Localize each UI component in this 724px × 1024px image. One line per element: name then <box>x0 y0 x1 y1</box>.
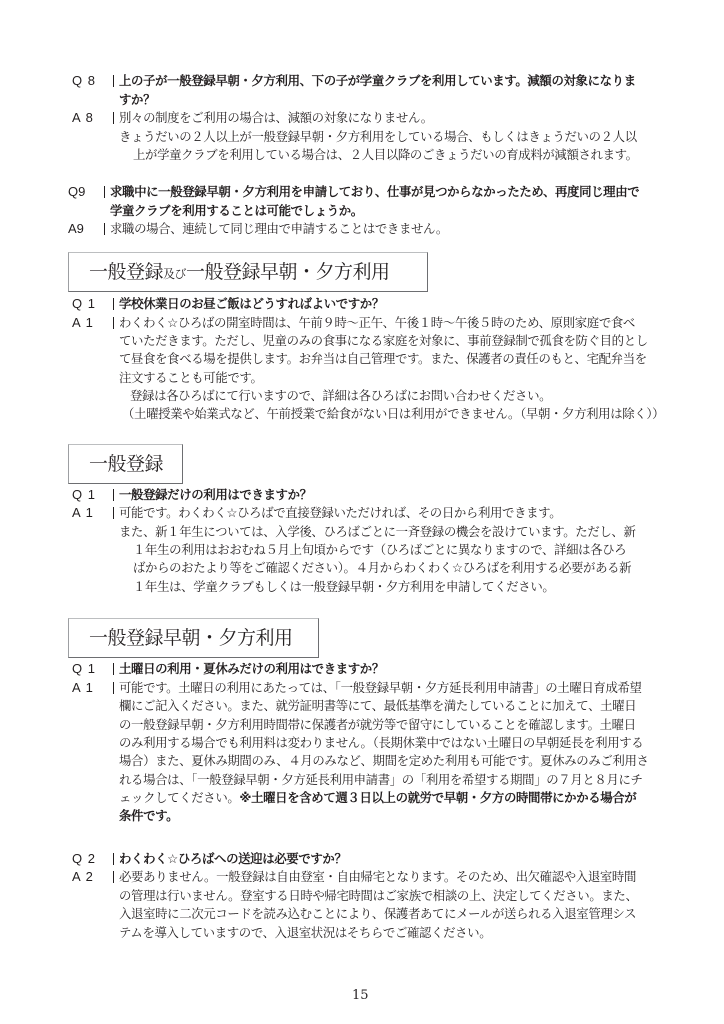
question-text: 学童クラブを利用することは可能でしょうか。 <box>110 203 363 219</box>
answer-text: 上が学童クラブを利用している場合は、２人目以降のごきょうだいの育成料が減額されま… <box>133 147 638 163</box>
answer-label: A 8 <box>72 110 94 126</box>
answer-text: わくわく☆ひろばの開室時間は、午前９時～正午、午後１時～午後５時のため、原則家庭… <box>119 315 635 331</box>
answer-text: 可能です。わくわく☆ひろばで直接登録いただければ、その日から利用できます。 <box>119 505 561 521</box>
separator-bar <box>113 682 114 694</box>
answer-text: ェックしてください。※土曜日を含めて週３日以上の就労で早朝・夕方の時間帯にかかる… <box>119 790 636 806</box>
answer-text: テムを導入していますので、入退室状況はそちらでご確認ください。 <box>119 925 491 941</box>
separator-bar <box>113 317 114 329</box>
answer-text: のみ利用する場合でも利用料は変わりません。（長期休業中ではない土曜日の早朝延長を… <box>119 735 643 751</box>
question-label: Q9 <box>68 184 85 200</box>
answer-text: 必要ありません。一般登録は自由登室・自由帰宅となります。そのため、出欠確認や入退… <box>119 869 636 885</box>
section-title: 一般登録及び一般登録早朝・夕方利用 <box>89 259 390 287</box>
answer-text: 可能です。土曜日の利用にあたっては、「一般登録早朝・夕方延長利用申請書」の土曜日… <box>119 680 642 696</box>
answer-text: 場合）また、夏休み期間のみ、４月のみなど、期間を定めた利用も可能です。夏休みのみ… <box>119 753 649 769</box>
answer-text: きょうだいの２人以上が一般登録早朝・夕方利用をしている場合、もしくはきょうだいの… <box>119 129 637 145</box>
section-heading-box: 一般登録 <box>68 444 183 484</box>
separator-bar <box>113 489 114 501</box>
section-title: 一般登録早朝・夕方利用 <box>89 625 293 651</box>
separator-bar <box>113 298 114 310</box>
question-text: 学校休業日のお昼ご飯はどうすればよいですか？ <box>119 296 384 312</box>
question-text: 求職中に一般登録早朝・夕方利用を申請しており、仕事が見つからなかったため、再度同… <box>110 184 639 200</box>
answer-text: 別々の制度をご利用の場合は、減額の対象になりません。 <box>119 110 433 126</box>
answer-text: 欄にご記入ください。また、就労証明書等にて、最低基準を満たしていることに加えて、… <box>119 698 636 714</box>
answer-text-emphasis: 条件です。 <box>119 808 178 824</box>
question-text: すか？ <box>119 92 155 108</box>
question-label: Q 2 <box>72 851 96 867</box>
section-title-part: 一般登録早朝・夕方利用 <box>186 261 390 283</box>
answer-label: A9 <box>68 221 84 237</box>
answer-text: 入退室時に二次元コードを読み込むことにより、保護者あてにメールが送られる入退室管… <box>119 906 636 922</box>
answer-text-emphasis: ※土曜日を含めて週３日以上の就労で早朝・夕方の時間帯にかかる場合が <box>239 790 636 805</box>
answer-label: A 2 <box>72 869 94 885</box>
answer-text: れる場合は、「一般登録早朝・夕方延長利用申請書」の「利用を希望する期間」の７月と… <box>119 772 643 788</box>
question-label: Q 1 <box>72 487 96 503</box>
question-text: 一般登録だけの利用はできますか？ <box>119 487 312 503</box>
question-text: わくわく☆ひろばへの送迎は必要ですか？ <box>119 851 347 867</box>
page-number: 15 <box>352 988 369 1003</box>
separator-bar <box>113 507 114 519</box>
answer-text: 注文することも可能です。 <box>119 370 263 386</box>
separator-bar <box>113 112 114 124</box>
answer-label: A 1 <box>72 505 94 521</box>
answer-text: １年生は、学童クラブもしくは一般登録早朝・夕方利用を申請してください。 <box>133 579 554 595</box>
answer-text: 登録は各ひろばにて行いますので、詳細は各ひろばにお問い合わせください。 <box>130 388 551 404</box>
answer-text: て昼食を食べる場を提供します。お弁当は自己管理です。また、保護者の責任のもと、宅… <box>119 351 647 367</box>
answer-text: １年生の利用はおおむね５月上旬頃からです（ひろばごとに異なりますので、詳細は各ひ… <box>133 542 626 558</box>
answer-note: （土曜授業や始業式など、午前授業で給食がない日は利用ができません。（早朝・夕方利… <box>122 406 664 422</box>
answer-text: また、新１年生については、入学後、ひろばごとに一斉登録の機会を設けています。ただ… <box>119 524 636 540</box>
question-label: Q 1 <box>72 661 96 677</box>
answer-label: A 1 <box>72 315 94 331</box>
question-text: 土曜日の利用・夏休みだけの利用はできますか？ <box>119 661 384 677</box>
separator-bar <box>113 663 114 675</box>
section-title-connector: 及び <box>163 267 186 281</box>
section-heading-box: 一般登録早朝・夕方利用 <box>68 618 319 658</box>
section-title: 一般登録 <box>89 451 163 477</box>
answer-text-plain: ェックしてください。 <box>119 790 239 805</box>
question-label: Q 8 <box>72 73 96 89</box>
question-text: 上の子が一般登録早朝・夕方利用、下の子が学童クラブを利用しています。減額の対象に… <box>119 73 636 89</box>
separator-bar <box>113 853 114 865</box>
answer-text: の管理は行いません。登室する日時や帰宅時間はご家族で相談の上、決定してください。… <box>119 888 638 904</box>
separator-bar <box>104 223 105 235</box>
section-heading-box: 一般登録及び一般登録早朝・夕方利用 <box>68 252 428 292</box>
question-label: Q 1 <box>72 296 96 312</box>
answer-text: の一般登録早朝・夕方利用時間帯に保護者が就労等で留守にしていることを確認します。… <box>119 717 636 733</box>
section-title-part: 一般登録 <box>89 261 163 283</box>
answer-text: ばからのおたより等をご確認ください）。４月からわくわく☆ひろばを利用する必要があ… <box>133 560 631 576</box>
separator-bar <box>113 75 114 87</box>
separator-bar <box>104 186 105 198</box>
answer-label: A 1 <box>72 680 94 696</box>
separator-bar <box>113 871 114 883</box>
answer-text: ていただきます。ただし、児童のみの食事になる家庭を対象に、事前登録制で孤食を防ぐ… <box>119 333 648 349</box>
document-page: Q 8 上の子が一般登録早朝・夕方利用、下の子が学童クラブを利用しています。減額… <box>0 0 724 1024</box>
answer-text: 求職の場合、連続して同じ理由で申請することはできません。 <box>110 221 448 237</box>
